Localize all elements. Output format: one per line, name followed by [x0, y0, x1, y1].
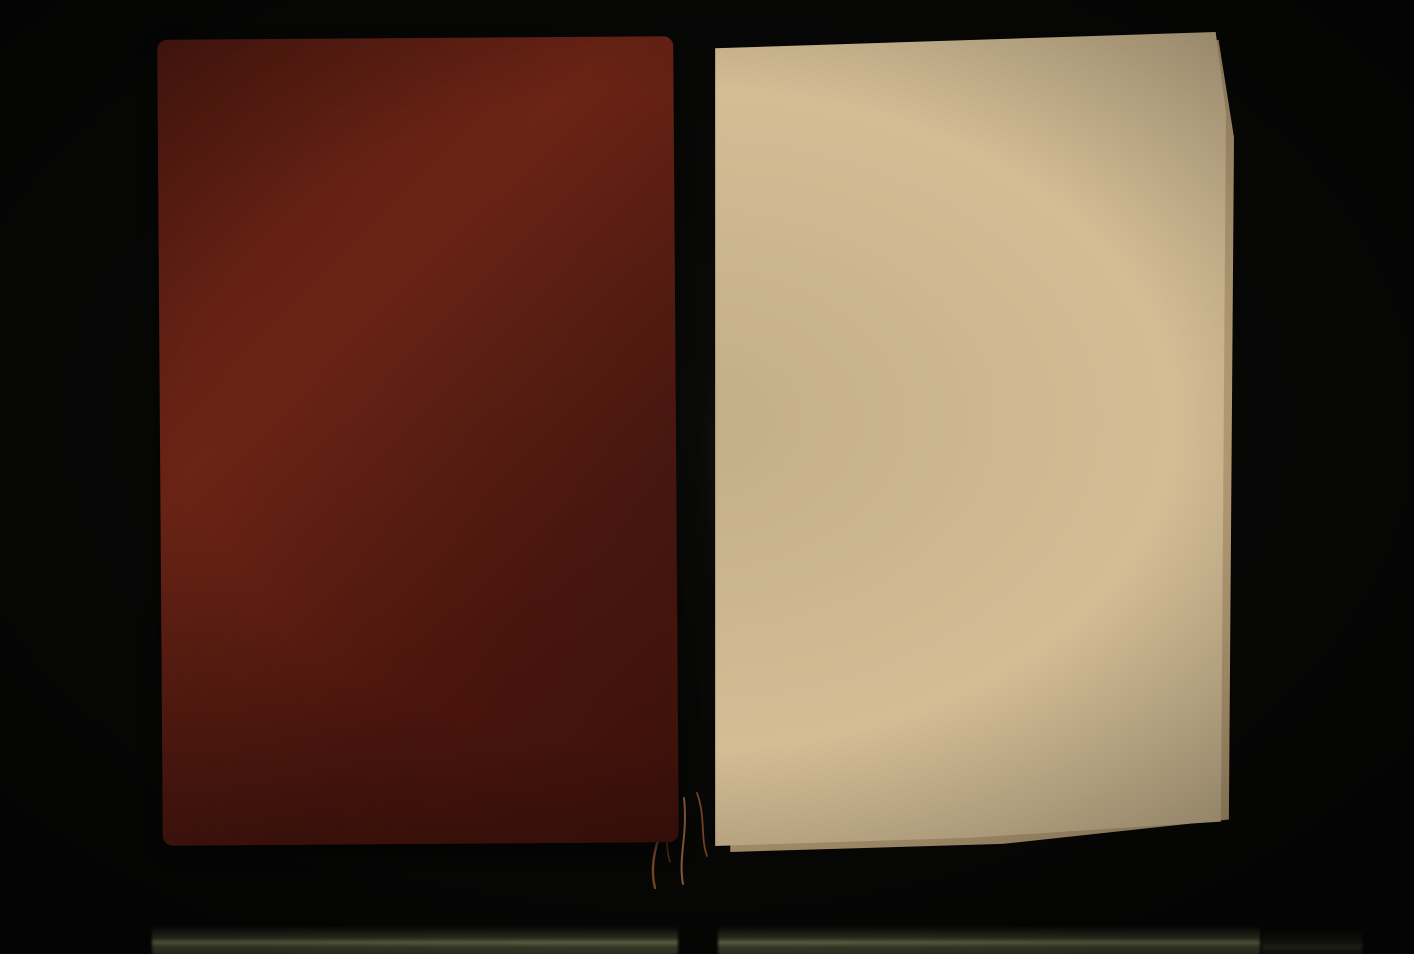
- manuscript-photo: [0, 0, 1414, 954]
- table-edge-glow: [1262, 930, 1362, 954]
- table-edge-glow: [718, 926, 1260, 954]
- binding-spine: [648, 24, 710, 844]
- table-edge-glow: [152, 926, 678, 954]
- page-stack-edge: [710, 32, 1226, 846]
- book-cover: [157, 36, 679, 846]
